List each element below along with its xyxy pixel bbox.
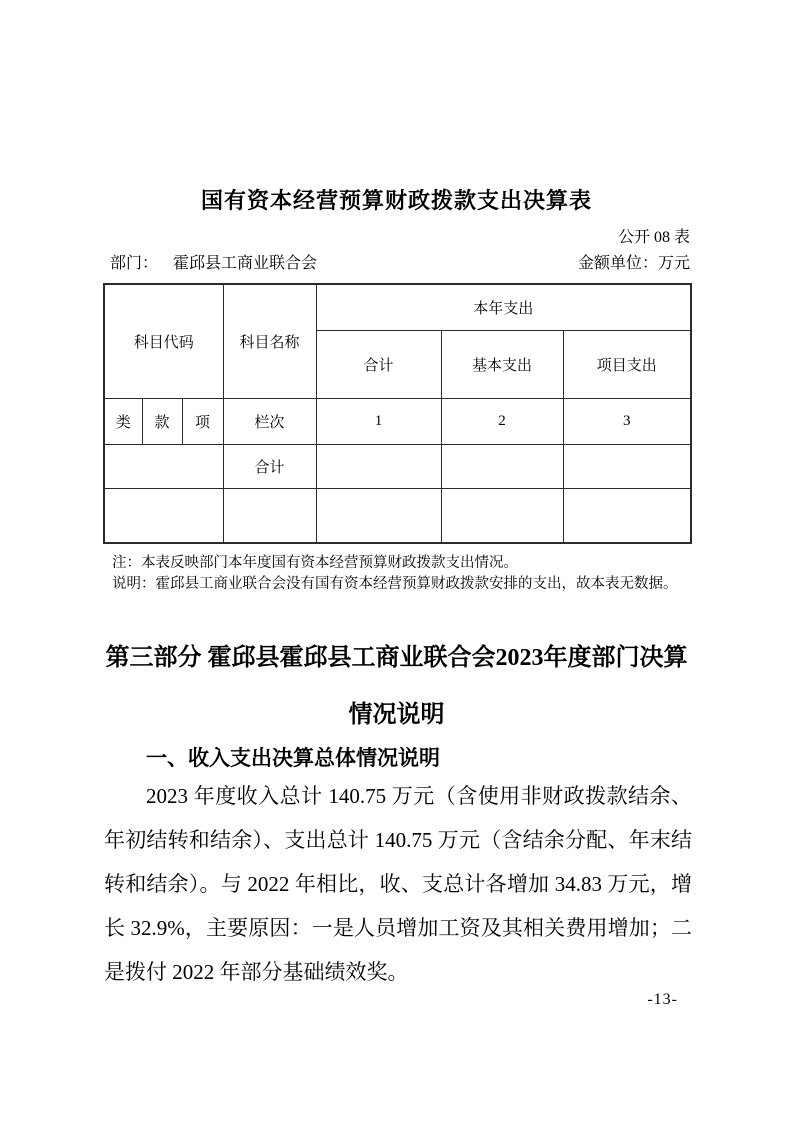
document-page: 国有资本经营预算财政拨款支出决算表 公开 08 表 部门：霍邱县工商业联合会 金… xyxy=(0,0,793,1122)
department-value: 霍邱县工商业联合会 xyxy=(173,255,317,272)
row-project-cell xyxy=(563,488,691,543)
header-subject-code: 科目代码 xyxy=(104,284,223,398)
column-label-cell: 栏次 xyxy=(223,398,316,444)
table-header-row-1: 科目代码 科目名称 本年支出 xyxy=(104,284,691,330)
header-total: 合计 xyxy=(316,330,441,398)
row-name-cell: 合计 xyxy=(223,444,316,488)
state-capital-expenditure-table: 科目代码 科目名称 本年支出 合计 基本支出 项目支出 类 款 项 栏次 1 2… xyxy=(103,283,692,544)
row-total-cell xyxy=(316,444,441,488)
row-code-cell xyxy=(104,444,223,488)
column-number-2: 2 xyxy=(441,398,563,444)
code-item-cell: 款 xyxy=(142,398,182,444)
code-class-cell: 类 xyxy=(104,398,142,444)
column-number-3: 3 xyxy=(563,398,691,444)
table-note: 注：本表反映部门本年度国有资本经营预算财政拨款支出情况。 xyxy=(112,553,698,574)
row-code-cell xyxy=(104,488,223,543)
section-title-line2: 情况说明 xyxy=(0,687,793,744)
amount-unit-label: 金额单位：万元 xyxy=(578,250,690,273)
column-number-1: 1 xyxy=(316,398,441,444)
table-notes: 注：本表反映部门本年度国有资本经营预算财政拨款支出情况。 说明：霍邱县工商业联合… xyxy=(112,553,698,595)
table-meta-row: 部门：霍邱县工商业联合会 金额单位：万元 xyxy=(110,250,690,273)
section-title: 第三部分 霍邱县霍邱县工商业联合会2023年度部门决算 情况说明 xyxy=(0,630,793,744)
table-explanation: 说明：霍邱县工商业联合会没有国有资本经营预算财政拨款安排的支出，故本表无数据。 xyxy=(112,574,698,595)
header-project-expenditure: 项目支出 xyxy=(563,330,691,398)
body-paragraph: 2023 年度收入总计 140.75 万元（含使用非财政拨款结余、年初结转和结余… xyxy=(104,774,692,994)
code-sub-item-cell: 项 xyxy=(182,398,223,444)
public-table-number: 公开 08 表 xyxy=(618,224,690,247)
section-title-line1: 第三部分 霍邱县霍邱县工商业联合会2023年度部门决算 xyxy=(0,630,793,687)
table-column-index-row: 类 款 项 栏次 1 2 3 xyxy=(104,398,691,444)
page-number: -13- xyxy=(647,991,678,1009)
row-basic-cell xyxy=(441,488,563,543)
header-current-year-expenditure: 本年支出 xyxy=(316,284,691,330)
row-basic-cell xyxy=(441,444,563,488)
sub-heading-income-expenditure: 一、收入支出决算总体情况说明 xyxy=(146,742,440,772)
document-title: 国有资本经营预算财政拨款支出决算表 xyxy=(0,184,793,215)
row-total-cell xyxy=(316,488,441,543)
row-name-cell xyxy=(223,488,316,543)
header-subject-name: 科目名称 xyxy=(223,284,316,398)
table-row xyxy=(104,488,691,543)
department-label: 部门： xyxy=(110,255,158,272)
header-basic-expenditure: 基本支出 xyxy=(441,330,563,398)
row-project-cell xyxy=(563,444,691,488)
department-line: 部门：霍邱县工商业联合会 xyxy=(110,250,317,273)
table-row: 合计 xyxy=(104,444,691,488)
